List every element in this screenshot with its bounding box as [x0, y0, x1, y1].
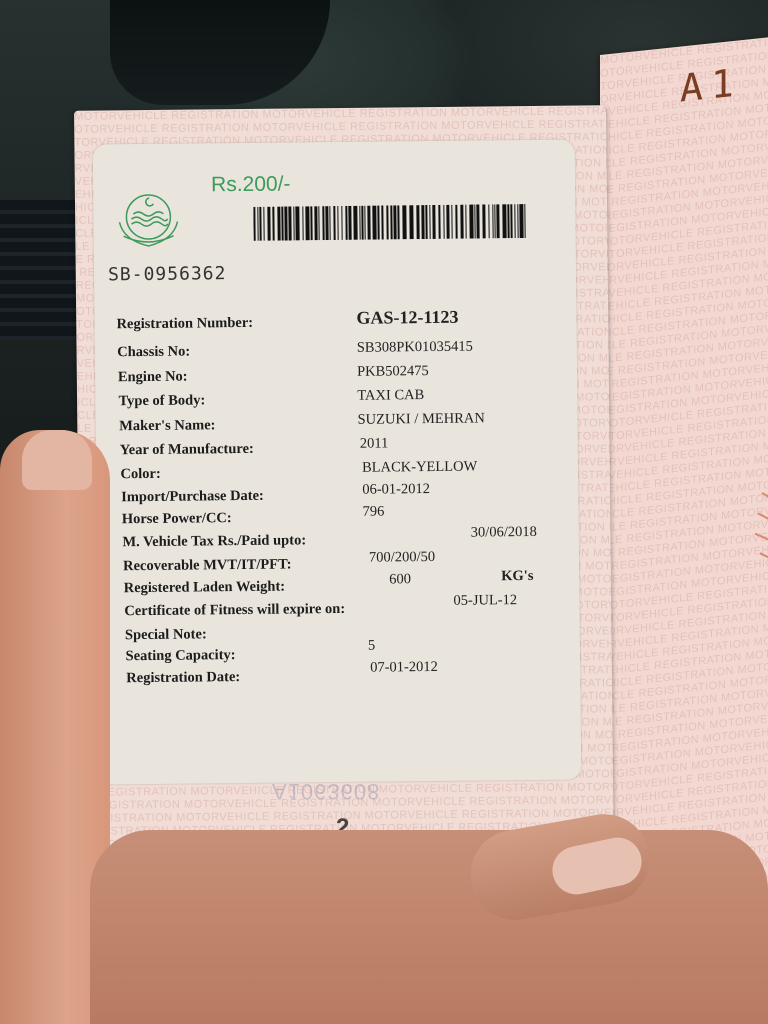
field-label: Certificate of Fitness will expire on:: [124, 601, 345, 620]
field-value: GAS-12-1123: [356, 307, 458, 329]
field-value: 700/200/50: [369, 549, 435, 567]
punjab-emblem-icon: [113, 184, 184, 255]
field-label: Registration Date:: [126, 669, 240, 687]
field-value: TAXI CAB: [357, 387, 424, 405]
perforated-serial: A1: [680, 60, 742, 110]
field-label: Color:: [120, 466, 160, 483]
field-value: 2011: [360, 435, 389, 452]
field-label: Chassis No:: [117, 344, 190, 362]
field-value: 5: [368, 638, 375, 655]
hand: [90, 830, 768, 1024]
field-label: Horse Power/CC:: [122, 510, 232, 528]
barcode: [253, 204, 527, 241]
thumbnail-nail: [22, 430, 92, 490]
field-value: 06-01-2012: [362, 481, 430, 499]
field-value: 600: [389, 571, 411, 588]
field-value: SB308PK01035415: [357, 339, 473, 357]
field-label: Maker's Name:: [119, 417, 215, 435]
field-unit: KG's: [501, 568, 533, 585]
field-value: 07-01-2012: [370, 659, 438, 677]
field-value: 05-JUL-12: [453, 592, 517, 610]
field-value: 796: [362, 504, 384, 521]
field-value: 30/06/2018: [471, 524, 537, 542]
field-label: Special Note:: [125, 627, 207, 645]
registration-sticker: Rs.200/- SB-0956362 Registration Number:…: [93, 139, 582, 784]
field-label: Engine No:: [118, 368, 188, 386]
field-label: Registered Laden Weight:: [124, 579, 286, 598]
field-value: BLACK-YELLOW: [362, 459, 477, 477]
field-label: Seating Capacity:: [126, 647, 236, 665]
air-vent: [0, 200, 80, 340]
field-value: SUZUKI / MEHRAN: [357, 410, 484, 428]
serial-number: SB-0956362: [108, 263, 227, 285]
facing-page: MOTORVEHICLE REGISTRATION MOTORVEHICLE R…: [600, 34, 768, 915]
field-label: Year of Manufacture:: [120, 441, 254, 459]
wheat-emblem-icon: [730, 453, 768, 601]
field-label: Recoverable MVT/IT/PFT:: [123, 556, 292, 575]
field-value: PKB502475: [357, 363, 429, 381]
field-label: Type of Body:: [118, 393, 205, 411]
field-label: Import/Purchase Date:: [121, 488, 264, 506]
fee-label: Rs.200/-: [211, 172, 291, 197]
field-label: M. Vehicle Tax Rs./Paid upto:: [122, 532, 306, 551]
field-label: Registration Number:: [116, 315, 253, 333]
